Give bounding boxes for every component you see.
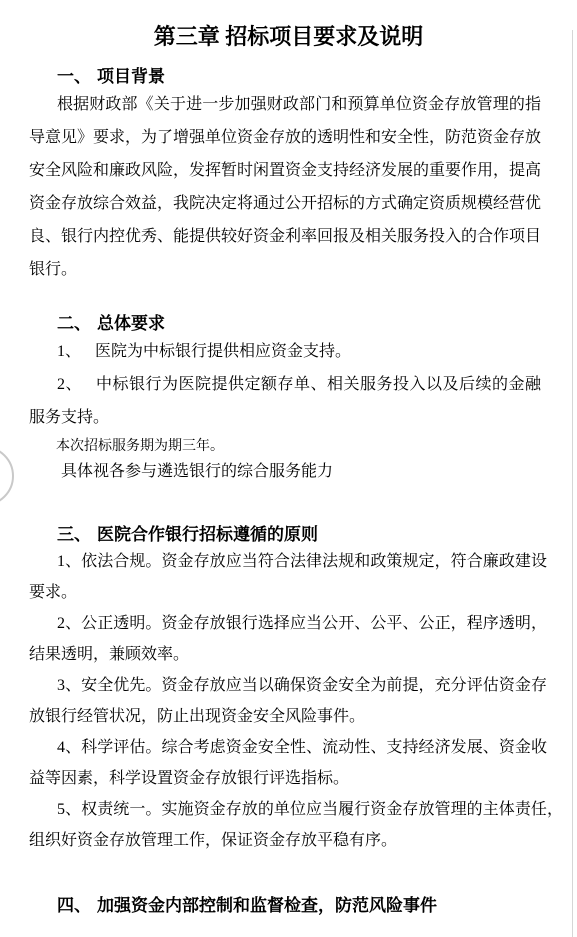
principle-item: 3、安全优先。资金存放应当以确保资金安全为前提，充分评估资金存放银行经管状况，防… <box>0 670 577 732</box>
section-heading-overall-requirements: 二、总体要求 <box>0 312 577 335</box>
item-text: 中标银行为医院提供定额存单、相关服务投入以及后续的金融服务支持。 <box>29 376 541 426</box>
item-number: 2、 <box>57 376 82 393</box>
section-heading-project-background: 一、项目背景 <box>0 65 577 88</box>
principle-item: 4、科学评估。综合考虑资金安全性、流动性、支持经济发展、资金收益等因素，科学设置… <box>0 732 577 794</box>
principle-item: 2、公正透明。资金存放银行选择应当公开、公平、公正，程序透明，结果透明，兼顾效率… <box>0 608 577 670</box>
page-edge-line <box>572 30 573 937</box>
note-service-period: 本次招标服务期为期三年。 <box>0 434 577 459</box>
section-title: 医院合作银行招标遵循的原则 <box>97 525 318 544</box>
list-item: 1、医院为中标银行提供相应资金支持。 <box>0 335 577 368</box>
section-number: 一、 <box>57 67 91 86</box>
section-number: 二、 <box>57 314 91 333</box>
section-title: 项目背景 <box>97 67 165 86</box>
chapter-title: 第三章 招标项目要求及说明 <box>0 22 577 52</box>
paragraph-project-background: 根据财政部《关于进一步加强财政部门和预算单位资金存放管理的指导意见》要求，为了增… <box>0 88 577 286</box>
list-item: 2、中标银行为医院提供定额存单、相关服务投入以及后续的金融服务支持。 <box>0 368 577 434</box>
section-title: 总体要求 <box>97 314 165 333</box>
section-number: 三、 <box>57 525 91 544</box>
item-number: 1、 <box>57 343 81 360</box>
section-heading-bidding-principles: 三、医院合作银行招标遵循的原则 <box>0 523 577 546</box>
section-heading-internal-control: 四、加强资金内部控制和监督检查，防范风险事件 <box>0 894 577 917</box>
principle-item: 1、依法合规。资金存放应当符合法律法规和政策规定，符合廉政建设要求。 <box>0 546 577 608</box>
section-number: 四、 <box>57 896 91 915</box>
section-title: 加强资金内部控制和监督检查，防范风险事件 <box>97 896 437 915</box>
principle-item: 5、权责统一。实施资金存放的单位应当履行资金存放管理的主体责任，组织好资金存放管… <box>0 794 577 856</box>
item-text: 医院为中标银行提供相应资金支持。 <box>95 343 351 360</box>
note-bank-capability: 具体视各参与遴选银行的综合服务能力 <box>0 459 577 485</box>
